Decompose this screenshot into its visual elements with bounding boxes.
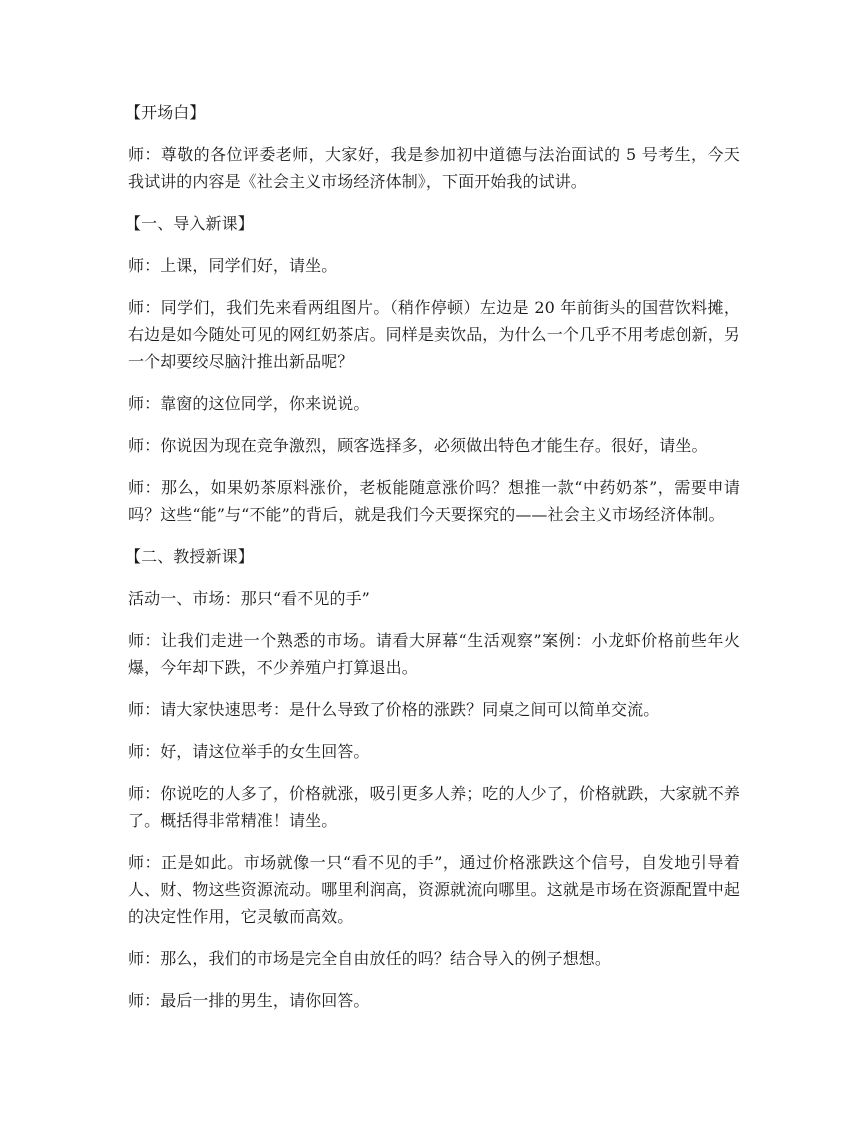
paragraph: 师：最后一排的男生，请你回答。 — [128, 987, 740, 1014]
paragraph: 师：好，请这位举手的女生回答。 — [128, 738, 740, 765]
paragraph: 师：正是如此。市场就像一只“看不见的手”，通过价格涨跌这个信号，自发地引导着人、… — [128, 849, 740, 930]
paragraph: 师：你说因为现在竞争激烈，顾客选择多，必须做出特色才能生存。很好，请坐。 — [128, 432, 740, 459]
paragraph-greeting: 师：尊敬的各位评委老师，大家好，我是参加初中道德与法治面试的 5 号考生，今天我… — [128, 141, 740, 195]
section-heading-introduction: 【一、导入新课】 — [125, 210, 740, 237]
paragraph: 师：那么，如果奶茶原料涨价，老板能随意涨价吗？想推一款“中药奶茶”，需要申请吗？… — [128, 474, 740, 528]
paragraph: 师：上课，同学们好，请坐。 — [128, 252, 740, 279]
paragraph: 师：你说吃的人多了，价格就涨，吸引更多人养；吃的人少了，价格就跌，大家就不养了。… — [128, 780, 740, 834]
paragraph: 师：让我们走进一个熟悉的市场。请看大屏幕“生活观察”案例：小龙虾价格前些年火爆，… — [128, 627, 740, 681]
paragraph: 师：那么，我们的市场是完全自由放任的吗？结合导入的例子想想。 — [128, 945, 740, 972]
section-heading-teaching: 【二、教授新课】 — [125, 543, 740, 570]
document-page: 【开场白】 师：尊敬的各位评委老师，大家好，我是参加初中道德与法治面试的 5 号… — [128, 99, 740, 1029]
paragraph: 师：请大家快速思考：是什么导致了价格的涨跌？同桌之间可以简单交流。 — [128, 696, 740, 723]
paragraph: 师：同学们，我们先来看两组图片。（稍作停顿）左边是 20 年前街头的国营饮料摊，… — [128, 294, 740, 375]
section-heading-opening: 【开场白】 — [125, 99, 740, 126]
activity-title: 活动一、市场：那只“看不见的手” — [128, 585, 740, 612]
paragraph: 师：靠窗的这位同学，你来说说。 — [128, 390, 740, 417]
